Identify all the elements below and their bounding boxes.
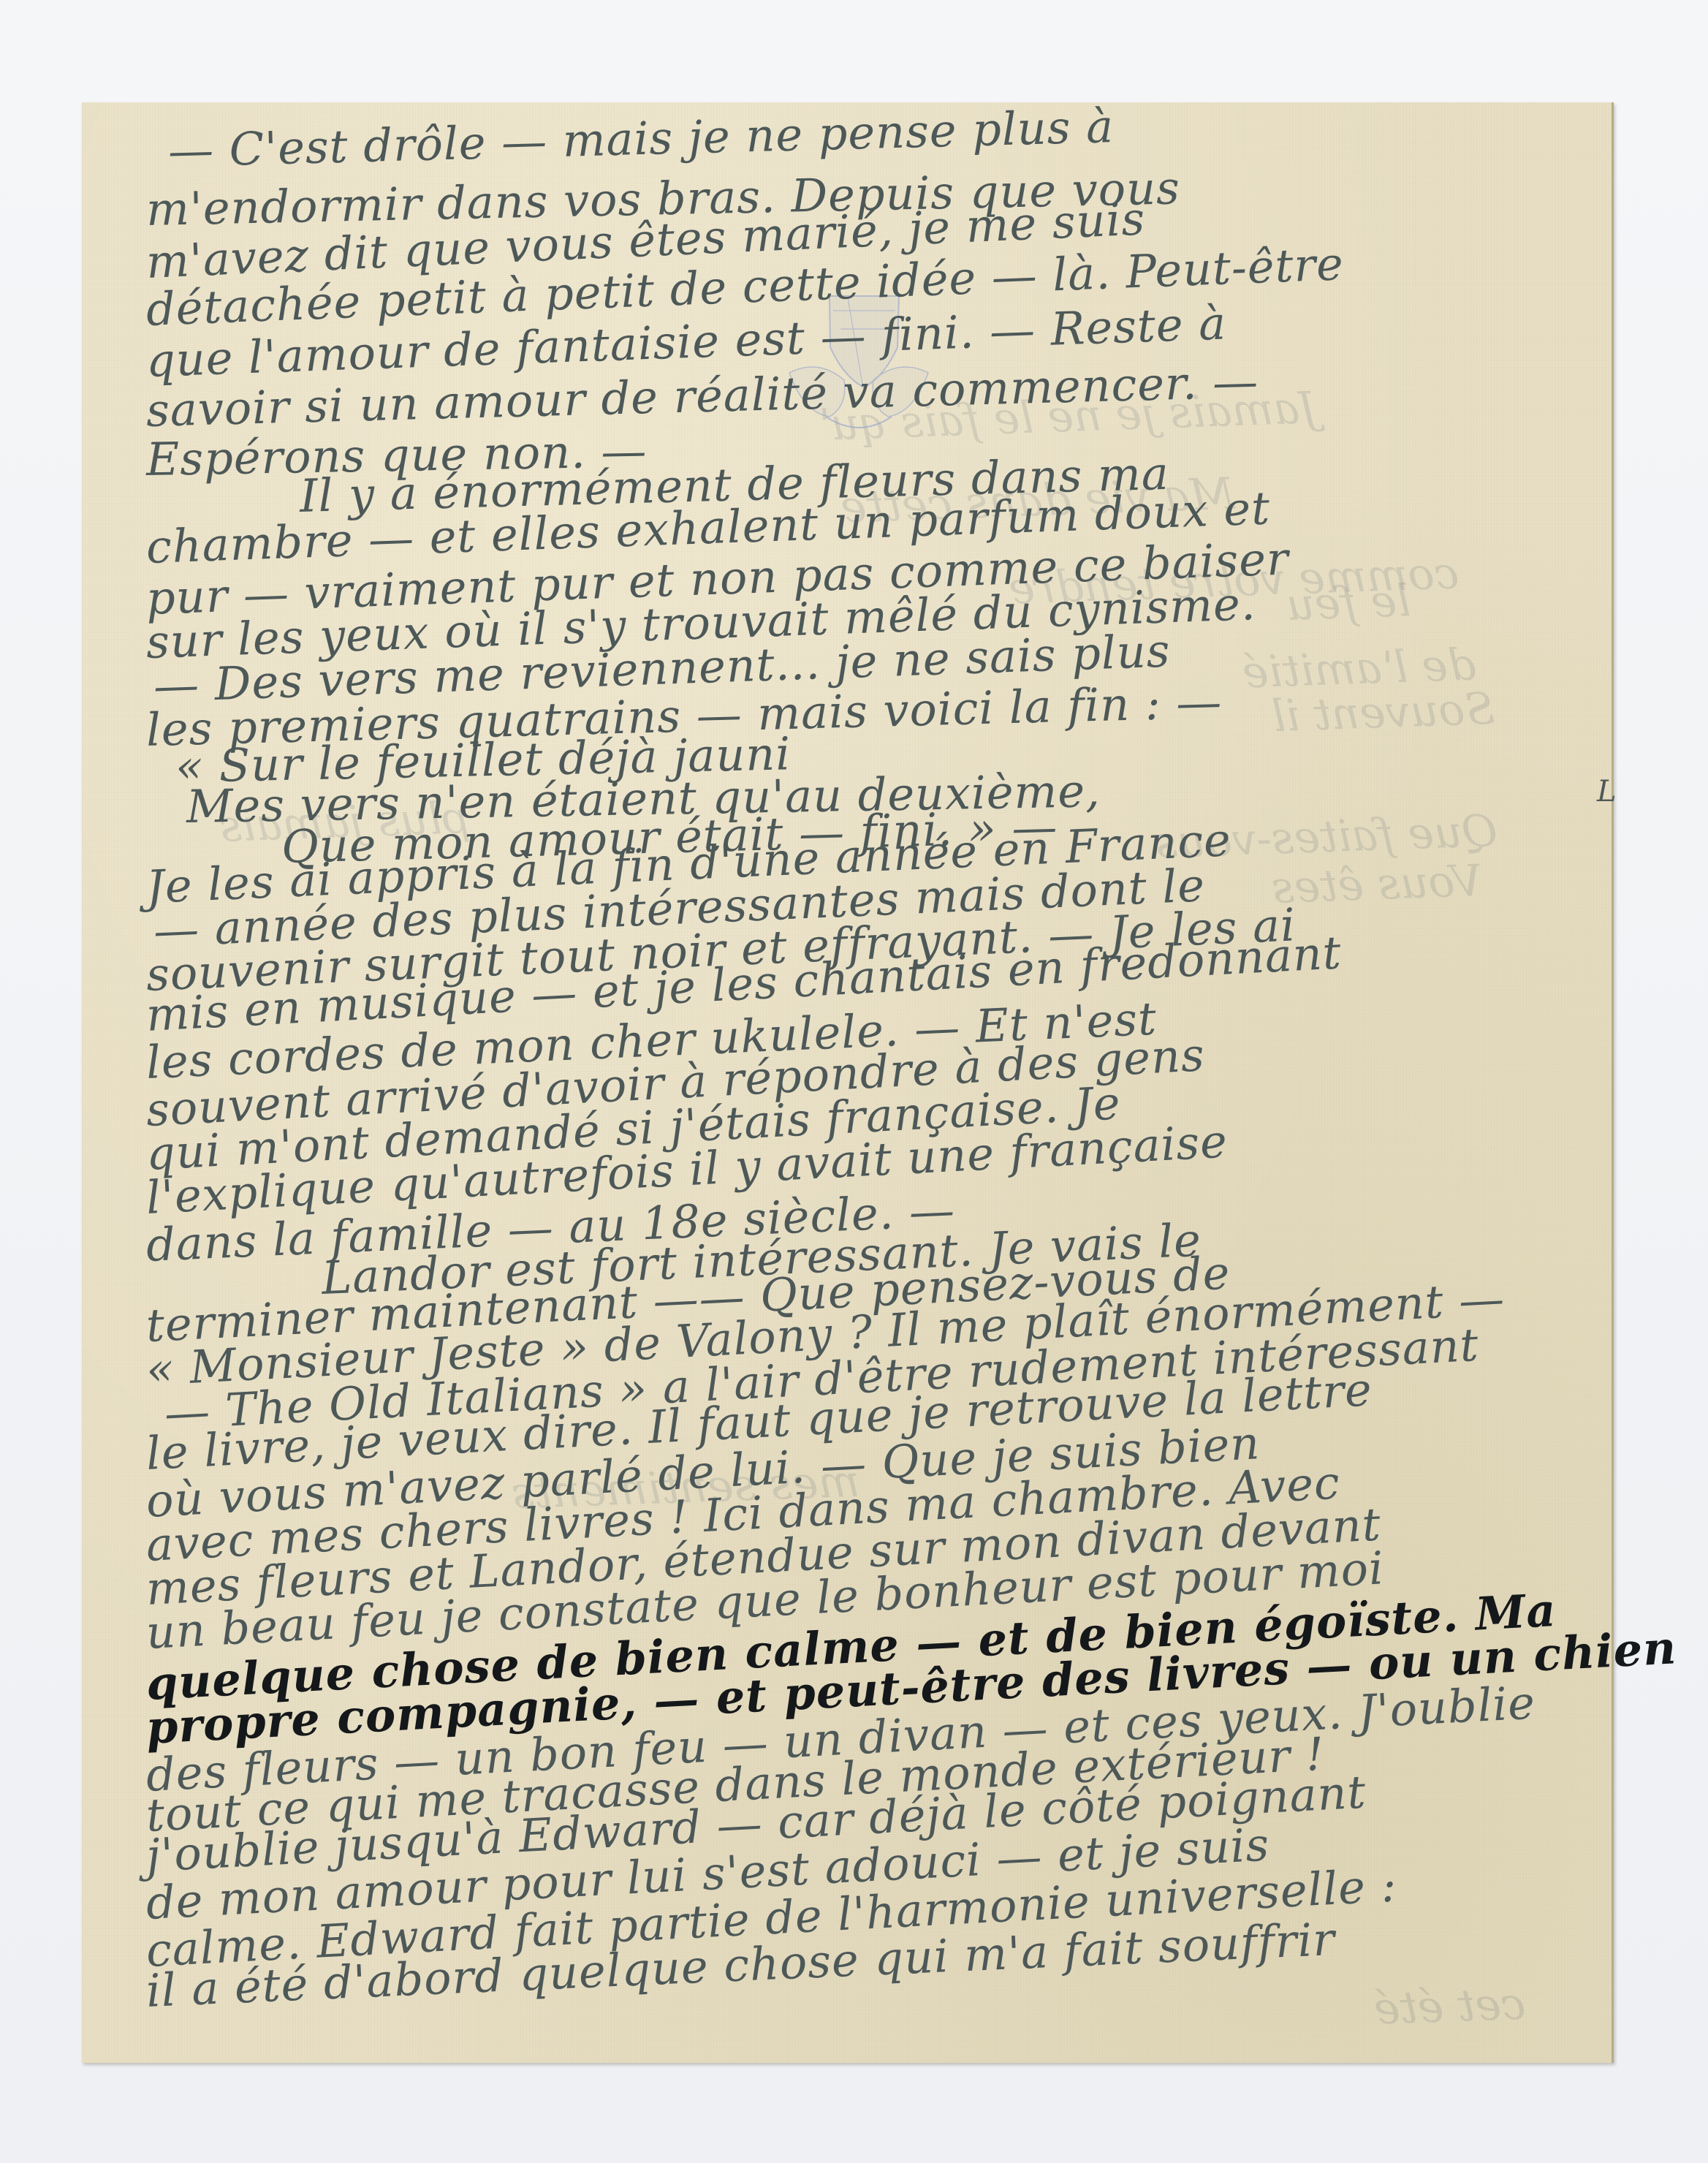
margin-mark: L [1597,775,1617,808]
